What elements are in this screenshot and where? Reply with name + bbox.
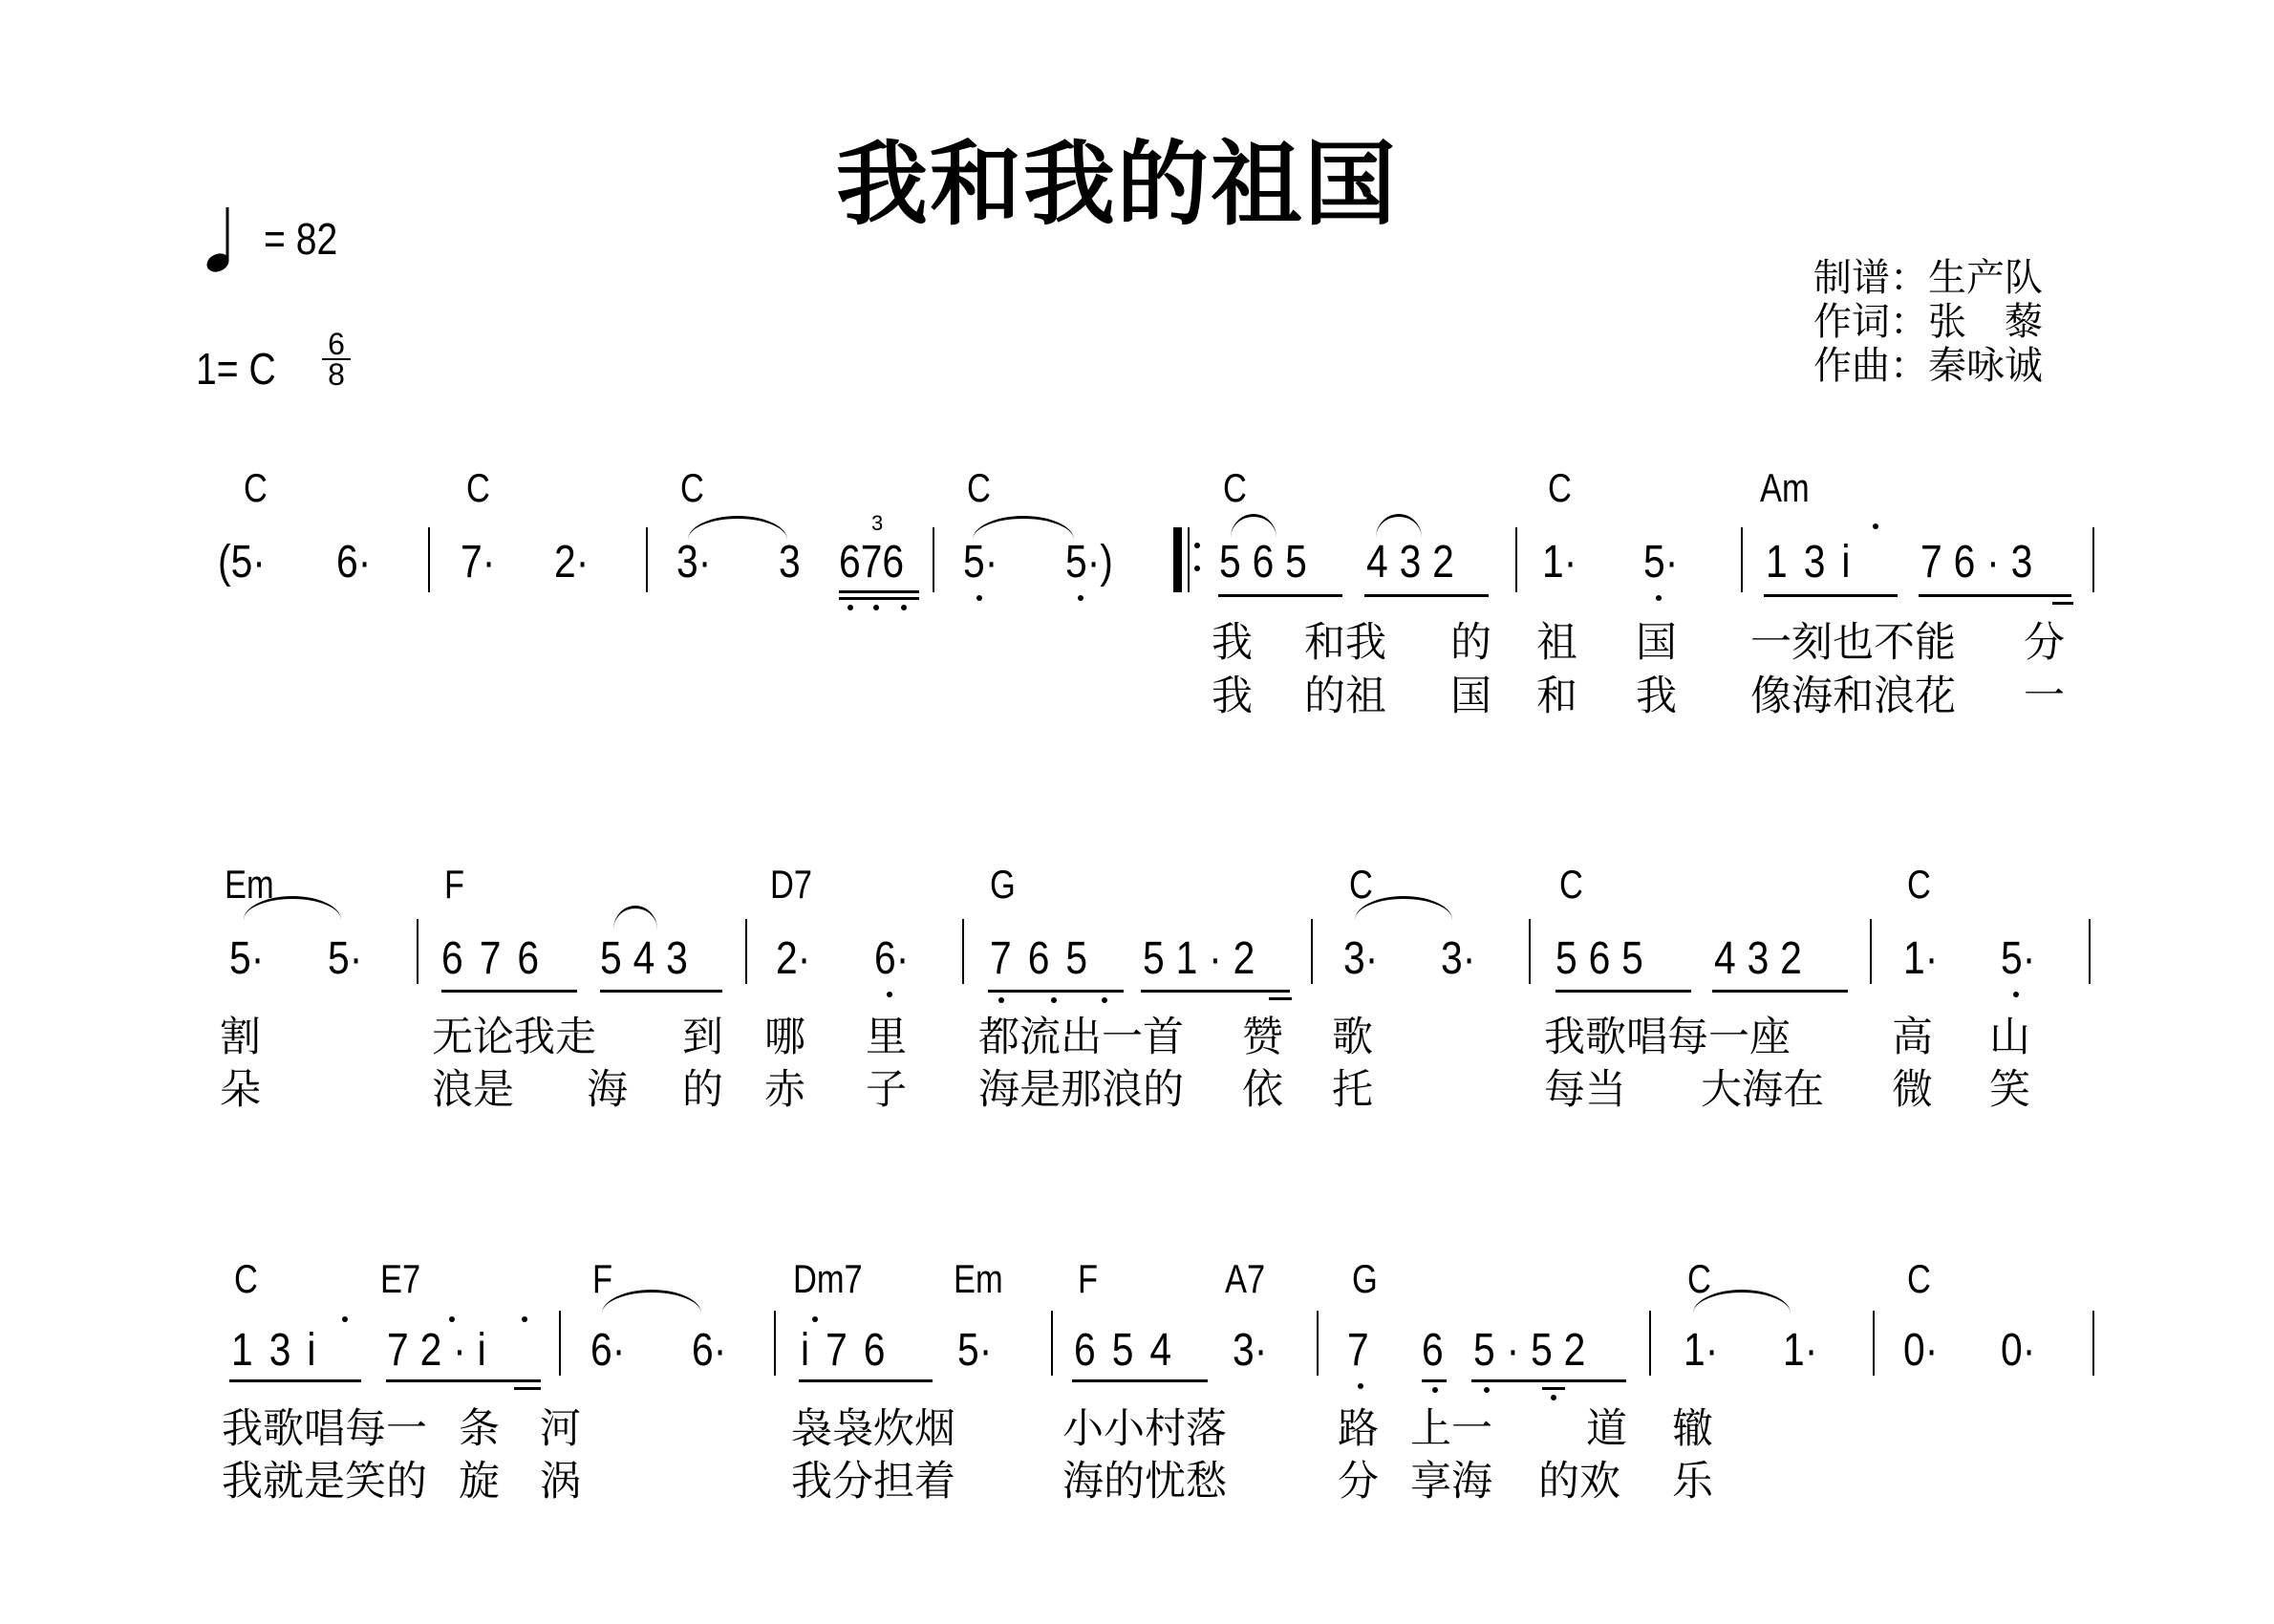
lyric: 上一 — [1410, 1409, 1492, 1450]
lyric: 朵 — [220, 1070, 261, 1111]
note: 3· — [1441, 936, 1475, 994]
credit-lyricist: 作词：张 藜 — [1813, 300, 2043, 344]
beam — [1422, 1379, 1447, 1382]
beam — [1919, 594, 2071, 597]
low-octave-dot — [976, 595, 982, 601]
note-group: 72·i — [387, 1328, 498, 1385]
beam — [600, 990, 722, 993]
lyric: 国 — [1450, 676, 1491, 717]
bar-line — [2092, 1311, 2094, 1376]
lyric: 无论我走 — [432, 1017, 596, 1058]
chord: C — [1548, 468, 1572, 508]
repeat-start-barline — [1173, 527, 1182, 592]
lyric: 和我 — [1304, 623, 1386, 664]
beam — [1471, 1379, 1626, 1382]
note: 1· — [1542, 540, 1577, 597]
repeat-dot — [1194, 543, 1200, 548]
note: 5· — [957, 1328, 992, 1385]
low-octave-dot — [1656, 595, 1662, 601]
lyric: 的欢 — [1538, 1462, 1620, 1503]
lyric: 都流出一首 — [978, 1017, 1184, 1058]
note-group: 543 — [600, 936, 699, 994]
chord: G — [990, 865, 1016, 905]
quarter-note-icon — [203, 205, 241, 272]
beam — [514, 1387, 541, 1390]
note: 5·) — [1065, 540, 1113, 597]
lyric: 每当 — [1544, 1070, 1626, 1111]
lyric: 子 — [866, 1070, 907, 1111]
bar-line — [1873, 1311, 1875, 1376]
lyric: 我歌唱每一座 — [1544, 1017, 1791, 1058]
lyric: 享海 — [1410, 1462, 1492, 1503]
triplet-number: 3 — [871, 511, 883, 536]
chord: C — [1687, 1259, 1711, 1299]
lyric: 我 — [1212, 623, 1253, 664]
note: 1· — [1783, 1328, 1817, 1385]
slur — [1376, 514, 1422, 538]
beam — [229, 1379, 361, 1382]
slur — [613, 906, 657, 930]
beam — [1764, 594, 1898, 597]
low-octave-dot — [1051, 997, 1057, 1003]
lyric: 浪是 — [432, 1070, 514, 1111]
bar-line — [428, 527, 430, 592]
bar-line — [1529, 919, 1531, 984]
key-signature: 1= C 6 8 — [196, 330, 387, 406]
bar-line — [646, 527, 648, 592]
beam — [799, 1379, 933, 1382]
note: 1· — [1684, 1328, 1718, 1385]
low-octave-dot — [1551, 1395, 1556, 1400]
low-octave-dot — [1432, 1387, 1438, 1393]
chord: A7 — [1225, 1259, 1265, 1299]
time-bottom: 8 — [322, 360, 351, 389]
note: 5· — [328, 936, 362, 994]
note-group: i76 — [801, 1328, 901, 1385]
chord: C — [1907, 865, 1931, 905]
note: 5· — [229, 936, 264, 994]
lyric: 我 — [1636, 676, 1677, 717]
lyric: 条 — [459, 1409, 500, 1450]
lyric: 海的忧愁 — [1062, 1462, 1227, 1503]
lyric: 托 — [1332, 1070, 1373, 1111]
lyric: 祖 — [1536, 623, 1577, 664]
bar-line — [417, 919, 418, 984]
high-octave-dot — [522, 1316, 527, 1322]
lyric: 赞 — [1242, 1017, 1283, 1058]
key-text: 1= C — [196, 347, 276, 391]
lyric: 像海和浪花 — [1750, 676, 1956, 717]
tie — [602, 1290, 701, 1314]
lyric: 里 — [866, 1017, 907, 1058]
beam — [839, 590, 919, 593]
beam — [1542, 1387, 1565, 1390]
note: 6· — [336, 540, 371, 597]
note: 6· — [874, 936, 909, 994]
chord: C — [1559, 865, 1583, 905]
chord: C — [466, 468, 490, 508]
note: 3· — [676, 540, 711, 597]
note: 7 — [1347, 1328, 1369, 1385]
note: 3· — [1343, 936, 1378, 994]
lyric: 一 — [2024, 676, 2065, 717]
chord: C — [234, 1259, 258, 1299]
lyric: 袅袅炊烟 — [791, 1409, 955, 1450]
note-group: 565 — [1219, 540, 1319, 597]
repeat-dot — [1194, 566, 1200, 571]
beam — [1712, 990, 1848, 993]
note: 3 — [779, 540, 801, 597]
bar-line — [933, 527, 934, 592]
note: 5· — [963, 540, 998, 597]
lyric: 割 — [220, 1017, 261, 1058]
note-group: 565 — [1555, 936, 1655, 994]
bar-line — [745, 919, 747, 984]
lyric: 分 — [2024, 623, 2065, 664]
chord: C — [1907, 1259, 1931, 1299]
chord: D7 — [770, 865, 812, 905]
credit-arranger: 制谱：生产队 — [1813, 256, 2043, 300]
bar-line — [2092, 527, 2094, 592]
note: 6· — [692, 1328, 726, 1385]
lyric: 海是那浪的 — [978, 1070, 1184, 1111]
beam — [1141, 990, 1290, 993]
low-octave-dot — [873, 605, 879, 610]
song-title: 我和我的祖国 — [836, 139, 1398, 230]
time-signature: 6 8 — [322, 330, 351, 389]
beam — [1072, 1379, 1208, 1382]
bar-line — [559, 1311, 561, 1376]
chord: C — [244, 468, 268, 508]
chord: Am — [1760, 468, 1810, 508]
chord: Em — [954, 1259, 1003, 1299]
bar-line — [1741, 527, 1743, 592]
high-octave-dot — [1873, 524, 1878, 529]
note-group: 5·52 — [1473, 1328, 1597, 1385]
lyric: 我就是笑的 — [222, 1462, 427, 1503]
time-top: 6 — [322, 330, 351, 360]
chord: Dm7 — [793, 1259, 863, 1299]
tie — [688, 516, 787, 540]
beam — [1269, 997, 1292, 1000]
beam — [988, 990, 1124, 993]
lyric: 到 — [682, 1017, 723, 1058]
low-octave-dot — [1102, 997, 1107, 1003]
bar-line — [1649, 1311, 1651, 1376]
note-group: 676 — [441, 936, 555, 994]
lyric: 的 — [682, 1070, 723, 1111]
lyric: 大海在 — [1701, 1070, 1824, 1111]
beam — [441, 990, 577, 993]
low-octave-dot — [1078, 595, 1083, 601]
low-octave-dot — [887, 992, 892, 997]
lyric: 我 — [1212, 676, 1253, 717]
lyric: 歌 — [1332, 1017, 1373, 1058]
note-group: 13i — [1766, 540, 1866, 597]
bar-line — [1870, 919, 1872, 984]
bar-line — [2089, 919, 2091, 984]
note-group: 432 — [1366, 540, 1466, 597]
lyric: 涡 — [540, 1462, 581, 1503]
note: (5· — [218, 540, 266, 597]
lyric: 小小村落 — [1062, 1409, 1227, 1450]
lyric: 辙 — [1672, 1409, 1713, 1450]
credit-composer: 作曲：秦咏诚 — [1813, 344, 2043, 388]
note-group: 76·3 — [1920, 540, 2044, 597]
lyric: 微 — [1892, 1070, 1933, 1111]
high-octave-dot — [812, 1316, 818, 1322]
note-group: 51·2 — [1143, 936, 1266, 994]
rest: 0· — [1903, 1328, 1938, 1385]
lyric: 笑 — [1989, 1070, 2030, 1111]
note: 5· — [1643, 540, 1678, 597]
bar-line — [1317, 1311, 1319, 1376]
bar-line — [962, 919, 964, 984]
lyric: 国 — [1636, 623, 1677, 664]
rest: 0· — [2001, 1328, 2035, 1385]
bar-line — [1311, 919, 1313, 984]
credits: 制谱：生产队 作词：张 藜 作曲：秦咏诚 — [1813, 256, 2043, 388]
note-group: 432 — [1714, 936, 1813, 994]
chord: C — [1349, 865, 1373, 905]
low-octave-dot — [901, 605, 907, 610]
bar-line — [1515, 527, 1517, 592]
bar-line — [1051, 1311, 1053, 1376]
low-octave-dot — [998, 997, 1004, 1003]
lyric: 山 — [1989, 1017, 2030, 1058]
lyric: 我歌唱每一 — [222, 1409, 427, 1450]
chord: E7 — [380, 1259, 420, 1299]
note: 6· — [590, 1328, 625, 1385]
lyric: 河 — [540, 1409, 581, 1450]
lyric: 高 — [1892, 1017, 1933, 1058]
lyric: 的 — [1450, 623, 1491, 664]
tempo-value: = 82 — [264, 217, 337, 261]
lyric: 分 — [1338, 1462, 1379, 1503]
beam — [1555, 990, 1691, 993]
low-octave-dot — [2013, 992, 2019, 997]
lyric: 赤 — [764, 1070, 805, 1111]
tempo-marking: = 82 — [203, 205, 394, 272]
lyric: 道 — [1586, 1409, 1627, 1450]
triplet-notes: 676 — [839, 540, 904, 597]
lyric: 一刻也不能 — [1750, 623, 1956, 664]
slur — [1231, 514, 1276, 538]
note: 2· — [554, 540, 589, 597]
beam — [1218, 594, 1342, 597]
tie — [973, 516, 1074, 540]
chord: F — [444, 865, 464, 905]
note: 5· — [2001, 936, 2035, 994]
chord: F — [592, 1259, 612, 1299]
chord: G — [1352, 1259, 1378, 1299]
lyric: 旋 — [459, 1462, 500, 1503]
low-octave-dot — [1484, 1387, 1490, 1393]
low-octave-dot — [847, 605, 853, 610]
note: 1· — [1903, 936, 1938, 994]
lyric: 的祖 — [1304, 676, 1386, 717]
note: 2· — [776, 936, 810, 994]
note: 3· — [1233, 1328, 1267, 1385]
lyric: 哪 — [764, 1017, 805, 1058]
beam — [1364, 594, 1489, 597]
lyric: 路 — [1338, 1409, 1379, 1450]
chord: C — [680, 468, 704, 508]
lyric: 我分担着 — [791, 1462, 955, 1503]
chord: F — [1078, 1259, 1098, 1299]
lyric: 海 — [587, 1070, 628, 1111]
note-group: 13i — [231, 1328, 332, 1385]
high-octave-dot — [449, 1316, 455, 1322]
beam — [386, 1379, 541, 1382]
bar-line — [774, 1311, 776, 1376]
note-group: 654 — [1074, 1328, 1188, 1385]
lyric: 依 — [1242, 1070, 1283, 1111]
lyric: 乐 — [1672, 1462, 1713, 1503]
note: 7· — [461, 540, 495, 597]
chord: C — [967, 468, 991, 508]
note: 6 — [1422, 1328, 1444, 1385]
low-octave-dot — [1358, 1383, 1363, 1389]
chord: C — [1223, 468, 1247, 508]
beam — [2052, 602, 2073, 605]
beam — [839, 597, 919, 600]
lyric: 和 — [1536, 676, 1577, 717]
note-group: 765 — [990, 936, 1104, 994]
bar-line — [1188, 527, 1190, 592]
high-octave-dot — [342, 1316, 348, 1322]
